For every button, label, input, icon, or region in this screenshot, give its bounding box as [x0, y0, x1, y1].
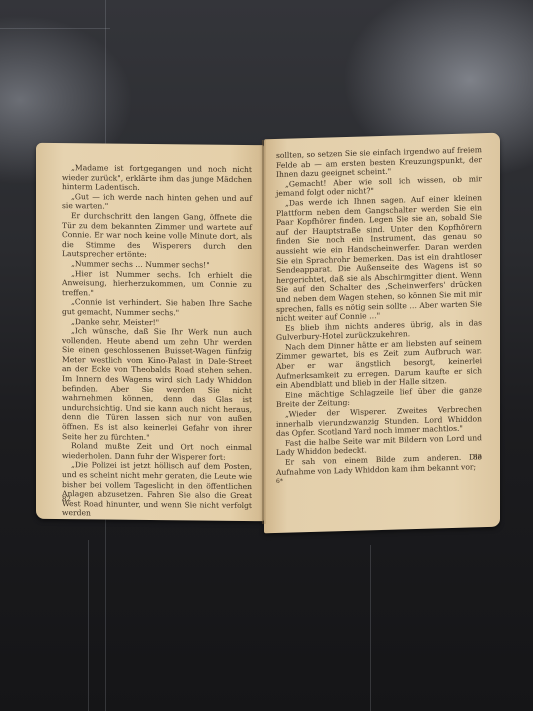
surface-scratch — [88, 540, 89, 711]
paragraph: „Ich wünsche, daß Sie Ihr Werk nun auch … — [62, 326, 252, 443]
left-page: „Madame ist fortgegangen und noch nicht … — [36, 143, 264, 521]
book-gutter — [262, 140, 266, 524]
paragraph: „Die Polizei ist jetzt höllisch auf dem … — [62, 460, 252, 520]
paragraph: Roland mußte Zeit und Ort noch einmal wi… — [62, 441, 252, 462]
paragraph: „Madame ist fortgegangen und noch nicht … — [62, 163, 252, 194]
paragraph: „Das werde ich Ihnen sagen. Auf einer kl… — [276, 193, 482, 323]
paragraph: Er durchschritt den langen Gang, öffnete… — [62, 211, 252, 261]
paragraph: „Connie ist verhindert. Sie haben Ihre S… — [62, 297, 252, 318]
paragraph: „Gut — ich werde nach hinten gehen und a… — [62, 192, 252, 213]
right-page: sollten, so setzen Sie sie einfach irgen… — [264, 133, 500, 534]
surface-scratch — [0, 28, 110, 29]
surface-scratch — [370, 545, 371, 711]
page-number-left: 82 — [62, 495, 71, 503]
open-book: „Madame ist fortgegangen und noch nicht … — [36, 130, 500, 535]
left-page-text: „Madame ist fortgegangen und noch nicht … — [62, 163, 252, 520]
paragraph: „Hier ist Nummer sechs. Ich erhielt die … — [62, 269, 252, 300]
page-number-right: 83 — [473, 453, 482, 461]
paragraph: Nach dem Dinner hätte er am liebsten auf… — [276, 337, 482, 391]
right-page-text: sollten, so setzen Sie sie einfach irgen… — [276, 145, 482, 487]
